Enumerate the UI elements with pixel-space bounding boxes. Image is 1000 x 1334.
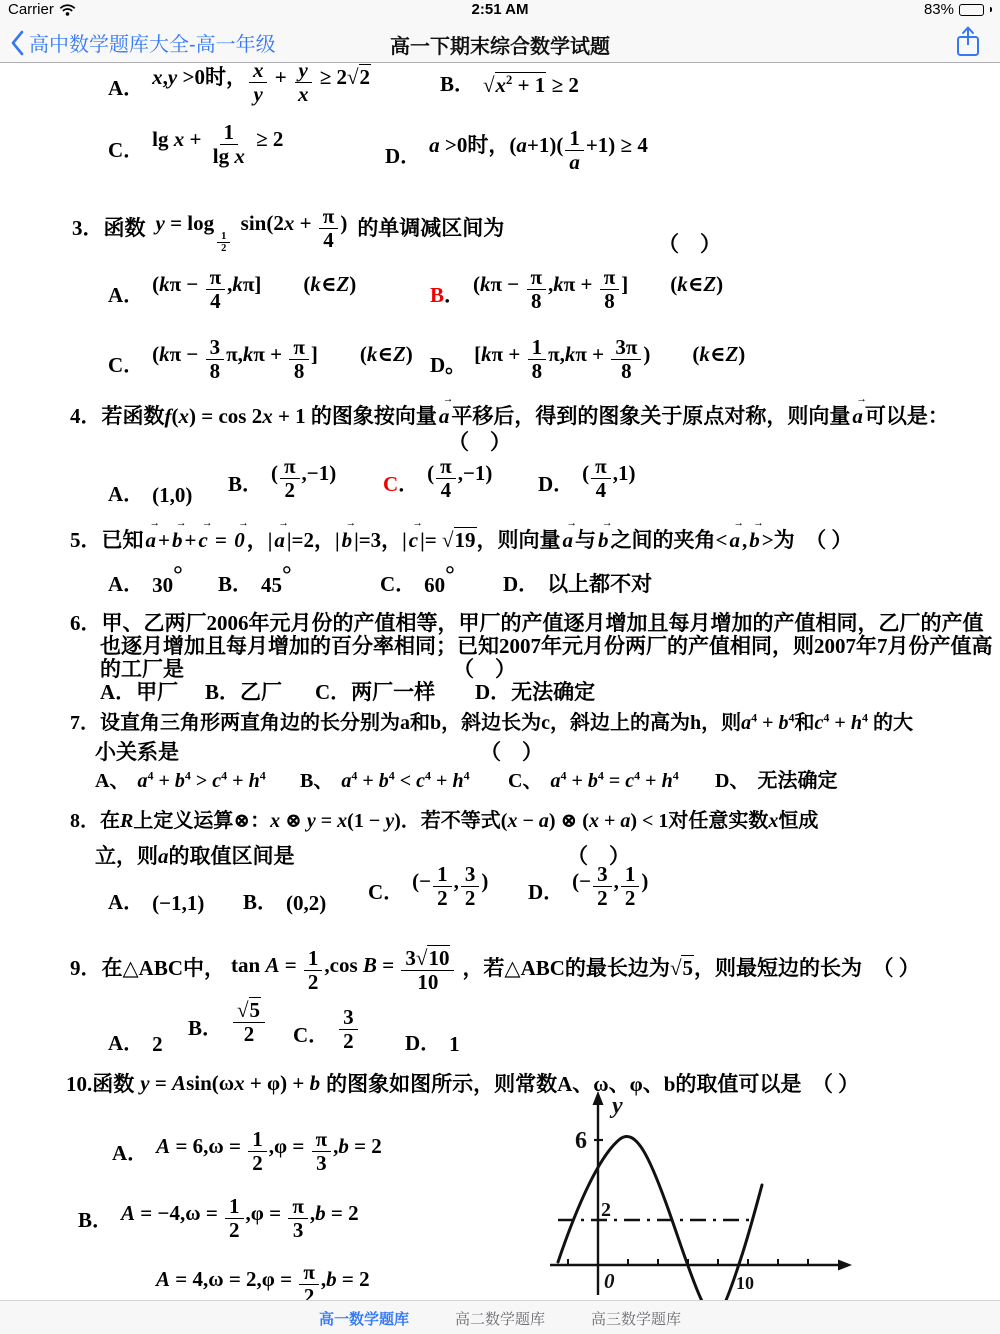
- question-5-option-c: C．60°: [380, 568, 455, 598]
- question-2-option-c: C．lg x + 1lg x ≥ 2: [108, 118, 283, 164]
- page-title: 高一下期末综合数学试题: [280, 30, 720, 59]
- question-3-option-a: A．(kπ − π4,kπ] (k∈Z): [108, 263, 356, 309]
- function-graph: y 6 2 0 10: [550, 1085, 895, 1300]
- question-5-stem: 5．已知a→+b→+c→ = 0→，|a→|=2，|b→|=3，|c→|= √1…: [70, 524, 852, 554]
- battery-icon: [959, 4, 984, 16]
- question-3-suffix: 的单调减区间为: [357, 212, 504, 242]
- question-3-prefix: 3．函数: [72, 212, 146, 242]
- question-10-function: y = Asin(ωx + φ) + b: [140, 1071, 320, 1096]
- question-3-stem: 3．函数 y = log12 sin(2x + π4) 的单调减区间为: [72, 202, 504, 251]
- question-9-prefix: 9．在△ABC中，: [70, 952, 225, 982]
- question-5-option-d: D．以上都不对: [503, 568, 652, 598]
- question-6-option-a: A．甲厂: [100, 676, 178, 706]
- back-button-label: 高中数学题库大全-高一年级: [29, 28, 276, 57]
- clock: 2:51 AM: [0, 1, 1000, 18]
- question-3-option-c: C．(kπ − 38π,kπ + π8] (k∈Z): [108, 333, 413, 379]
- question-6-option-d: D．无法确定: [475, 676, 595, 706]
- question-7-option-c: C、a4 + b4 = c4 + h4: [508, 764, 679, 793]
- question-3-function: y = log12 sin(2x + π4): [156, 202, 348, 251]
- question-5-option-a: A．30°: [108, 568, 183, 598]
- option-label: A．: [112, 1137, 148, 1167]
- battery-percent: 83%: [924, 1, 954, 18]
- question-4-option-a: A．(1,0): [108, 478, 192, 508]
- question-7-option-d: D、无法确定: [715, 764, 837, 793]
- document-scroll[interactable]: A．x,y >0时，xy + yx ≥ 2√2 B．√x2 + 1 ≥ 2 C．…: [0, 0, 1000, 1334]
- question-9-option-c: C．32: [293, 1003, 360, 1049]
- option-math: A = 4,ω = 2,φ = π2,b = 2: [156, 1258, 370, 1304]
- question-7-line-1: 7．设直角三角形两直角边的长分别为a和b，斜边长为c，斜边上的高为h，则a4 +…: [70, 706, 913, 735]
- option-math: A = 6,ω = 12,φ = π3,b = 2: [156, 1125, 382, 1171]
- question-10-option-a: A． A = 6,ω = 12,φ = π3,b = 2: [112, 1125, 382, 1171]
- figure-y-axis-label: y: [609, 1093, 623, 1119]
- tab-grade1-bank[interactable]: 高一数学题库: [319, 1308, 409, 1329]
- question-7-answer-blank: （ ）: [480, 736, 543, 766]
- figure-tick-6: 6: [575, 1128, 587, 1154]
- question-6-option-b: B．乙厂: [205, 676, 282, 706]
- share-icon: [954, 25, 982, 58]
- share-button[interactable]: [954, 25, 982, 63]
- question-9-stem: 9．在△ABC中， tan A = 12,cos B = 3√1010 ，若△A…: [70, 928, 920, 1006]
- question-10-option-c: A = 4,ω = 2,φ = π2,b = 2: [148, 1258, 370, 1304]
- question-6-line-2: 也逐月增加且每月增加的百分率相同；已知2007年元月份两厂的产值相同，则2007…: [100, 630, 993, 660]
- question-4-option-c: C．(π4,−1): [383, 452, 492, 498]
- battery-status: 83%: [924, 1, 992, 18]
- back-button[interactable]: 高中数学题库大全-高一年级: [10, 28, 276, 57]
- question-3-option-b: B．(kπ − π8,kπ + π8] (k∈Z): [430, 263, 723, 309]
- option-math: A = −4,ω = 12,φ = π3,b = 2: [121, 1192, 359, 1238]
- question-9-option-d: D．1: [405, 1027, 460, 1057]
- figure-origin-label: 0: [604, 1269, 615, 1293]
- question-10-prefix: 10.函数: [66, 1068, 134, 1098]
- question-7-option-a: A、a4 + b4 > c4 + h4: [95, 764, 266, 793]
- question-7-option-b: B、a4 + b4 < c4 + h4: [300, 764, 470, 793]
- figure-tick-10: 10: [736, 1273, 754, 1293]
- question-8-option-a: A．(−1,1): [108, 886, 204, 916]
- question-9-conditions: tan A = 12,cos B = 3√1010: [231, 944, 456, 990]
- question-9-option-a: A．2: [108, 1027, 163, 1057]
- question-9-option-b: B．√52: [188, 996, 267, 1042]
- question-8-option-c: C．(−12,32): [368, 860, 488, 906]
- tab-grade2-bank[interactable]: 高二数学题库: [455, 1308, 545, 1329]
- question-9-suffix: ，若△ABC的最长边为√5，则最短边的长为 （ ）: [462, 952, 919, 982]
- question-4-option-d: D．(π4,1): [538, 452, 635, 498]
- tab-grade3-bank[interactable]: 高三数学题库: [591, 1308, 681, 1329]
- option-label: B．: [78, 1204, 113, 1234]
- tab-bar: 高一数学题库 高二数学题库 高三数学题库: [0, 1300, 1000, 1334]
- question-10-option-b: B． A = −4,ω = 12,φ = π3,b = 2: [78, 1192, 359, 1238]
- question-3-answer-blank: （ ）: [658, 228, 721, 258]
- question-2-option-b: B．√x2 + 1 ≥ 2: [440, 68, 579, 98]
- question-8-option-d: D．(−32,12): [528, 860, 648, 906]
- figure-tick-2: 2: [601, 1199, 611, 1221]
- question-5-option-b: B．45°: [218, 568, 292, 598]
- status-bar: Carrier 2:51 AM 83%: [0, 0, 1000, 20]
- question-2-option-d: D．a >0时，(a+1)(1a+1) ≥ 4: [385, 124, 648, 170]
- question-8-line-1: 8．在R上定义运算⊗：x ⊗ y = x(1 − y)．若不等式(x − a) …: [70, 804, 818, 833]
- question-3-option-d: D。[kπ + 18π,kπ + 3π8) (k∈Z): [430, 333, 745, 379]
- chevron-left-icon: [10, 30, 24, 56]
- question-4-option-b: B．(π2,−1): [228, 452, 336, 498]
- question-8-line-2: 立，则a的取值区间是: [95, 840, 295, 870]
- question-6-option-c: C．两厂一样: [315, 676, 435, 706]
- navigation-bar: Carrier 2:51 AM 83% 高中数学题库大全-高一年级 高一下期末综…: [0, 0, 1000, 63]
- question-7-line-2: 小关系是: [95, 736, 179, 766]
- question-8-option-b: B．(0,2): [243, 886, 326, 916]
